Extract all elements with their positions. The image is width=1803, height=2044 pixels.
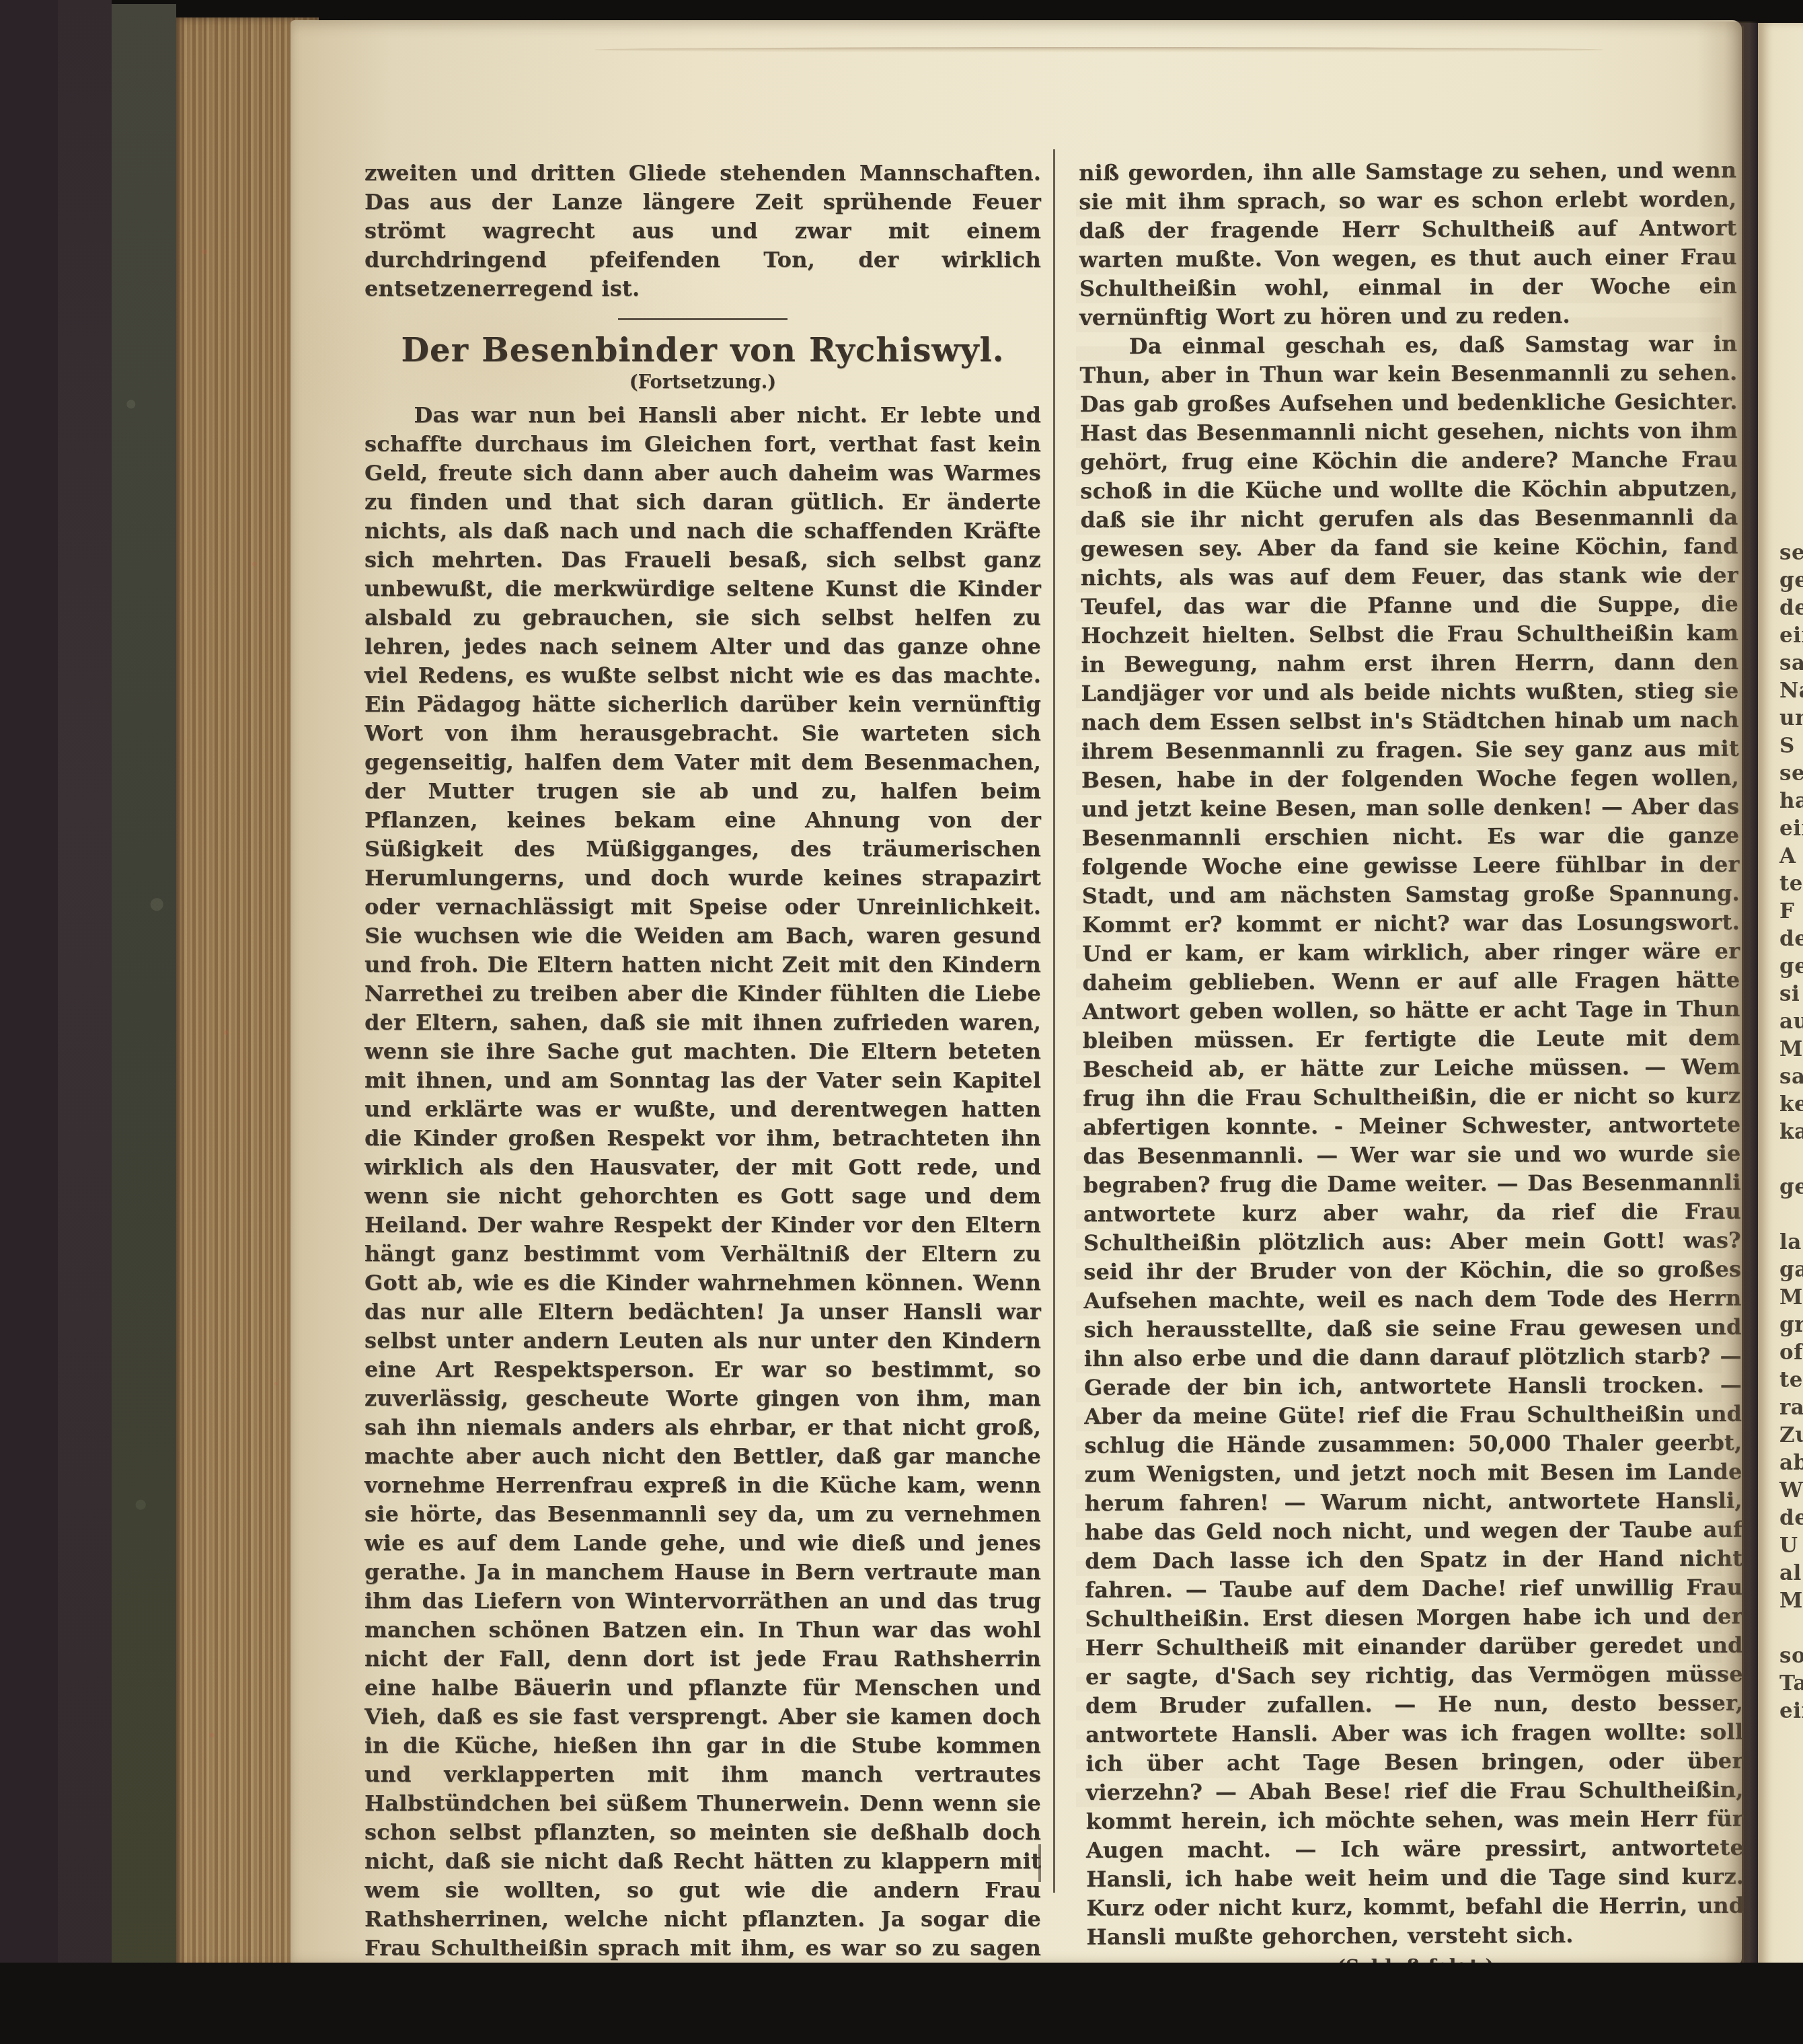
scan-background-left [0, 0, 62, 2044]
column-divider-rule [1053, 149, 1055, 1893]
book-cover-spine [58, 0, 112, 2014]
story-text-right-2: Da einmal geschah es, daß Samstag war in… [1079, 330, 1744, 1952]
story-title: Der Besenbinder von Rychiswyl. [365, 331, 1041, 370]
book-cover-marbled-edge [112, 4, 176, 2005]
previous-article-ending: zweiten und dritten Gliede stehenden Man… [365, 159, 1041, 303]
scanned-book-spread: zweiten und dritten Gliede stehenden Man… [0, 0, 1803, 2044]
next-page-sliver: se ge de ein sa Na un S se ha ein A te F… [1758, 23, 1803, 1984]
scan-artifact-mark [1038, 1844, 1041, 1882]
next-page-text-fragments: se ge de ein sa Na un S se ha ein A te F… [1779, 539, 1803, 1725]
story-text-left: Das war nun bei Hansli aber nicht. Er le… [365, 401, 1041, 1992]
story-text-right-1: niß geworden, ihn alle Samstage zu sehen… [1079, 156, 1737, 332]
page-fold-crease [1742, 26, 1744, 1964]
page-top-edge-lines [594, 47, 1603, 52]
right-column: niß geworden, ihn alle Samstage zu sehen… [1079, 156, 1744, 1982]
section-divider-rule [618, 318, 788, 320]
story-continuation-note: (Fortsetzung.) [365, 371, 1041, 394]
scan-background-bottom [0, 1963, 1803, 2044]
gutter-shadow [1696, 22, 1758, 1965]
left-column: zweiten und dritten Gliede stehenden Man… [365, 159, 1041, 1992]
